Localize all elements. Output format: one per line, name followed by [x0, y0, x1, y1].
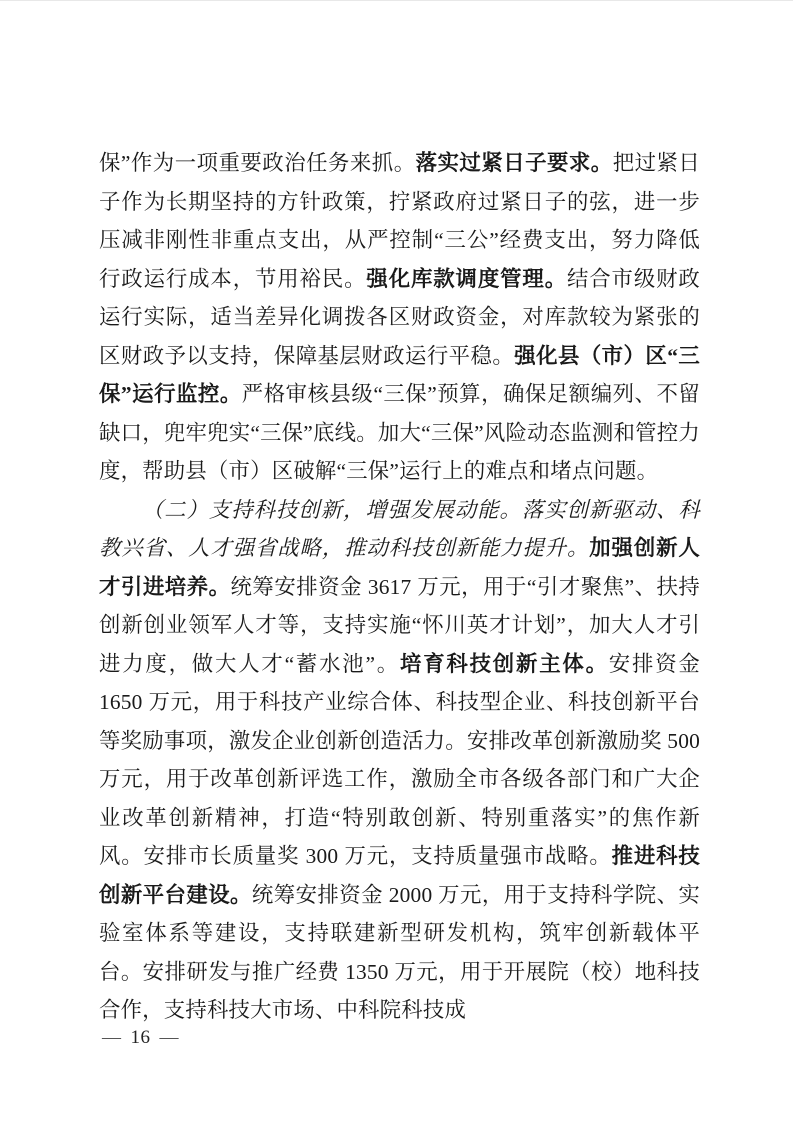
footer-dash-left: — — [102, 1027, 122, 1049]
text-segment-normal: 保”作为一项重要政治任务来抓。 — [99, 151, 416, 175]
text-segment-bold: 落实过紧日子要求。 — [416, 151, 613, 175]
page-footer: — 16 — — [102, 1027, 179, 1049]
paragraph-three-guarantees: 保”作为一项重要政治任务来抓。落实过紧日子要求。把过紧日子作为长期坚持的方针政策… — [99, 144, 700, 491]
document-page: 保”作为一项重要政治任务来抓。落实过紧日子要求。把过紧日子作为长期坚持的方针政策… — [0, 0, 793, 1123]
text-block: 保”作为一项重要政治任务来抓。落实过紧日子要求。把过紧日子作为长期坚持的方针政策… — [99, 144, 700, 1030]
page-number: 16 — [131, 1027, 151, 1049]
text-segment-bold: 培育科技创新主体。 — [400, 652, 609, 676]
text-segment-normal: 安排资金 1650 万元，用于科技产业综合体、科技型企业、科技创新平台等奖励事项… — [99, 652, 700, 869]
text-segment-bold: 强化库款调度管理。 — [366, 267, 567, 291]
footer-dash-right: — — [160, 1027, 180, 1049]
paragraph-tech-innovation: （二）支持科技创新，增强发展动能。落实创新驱动、科教兴省、人才强省战略，推动科技… — [99, 491, 700, 1030]
